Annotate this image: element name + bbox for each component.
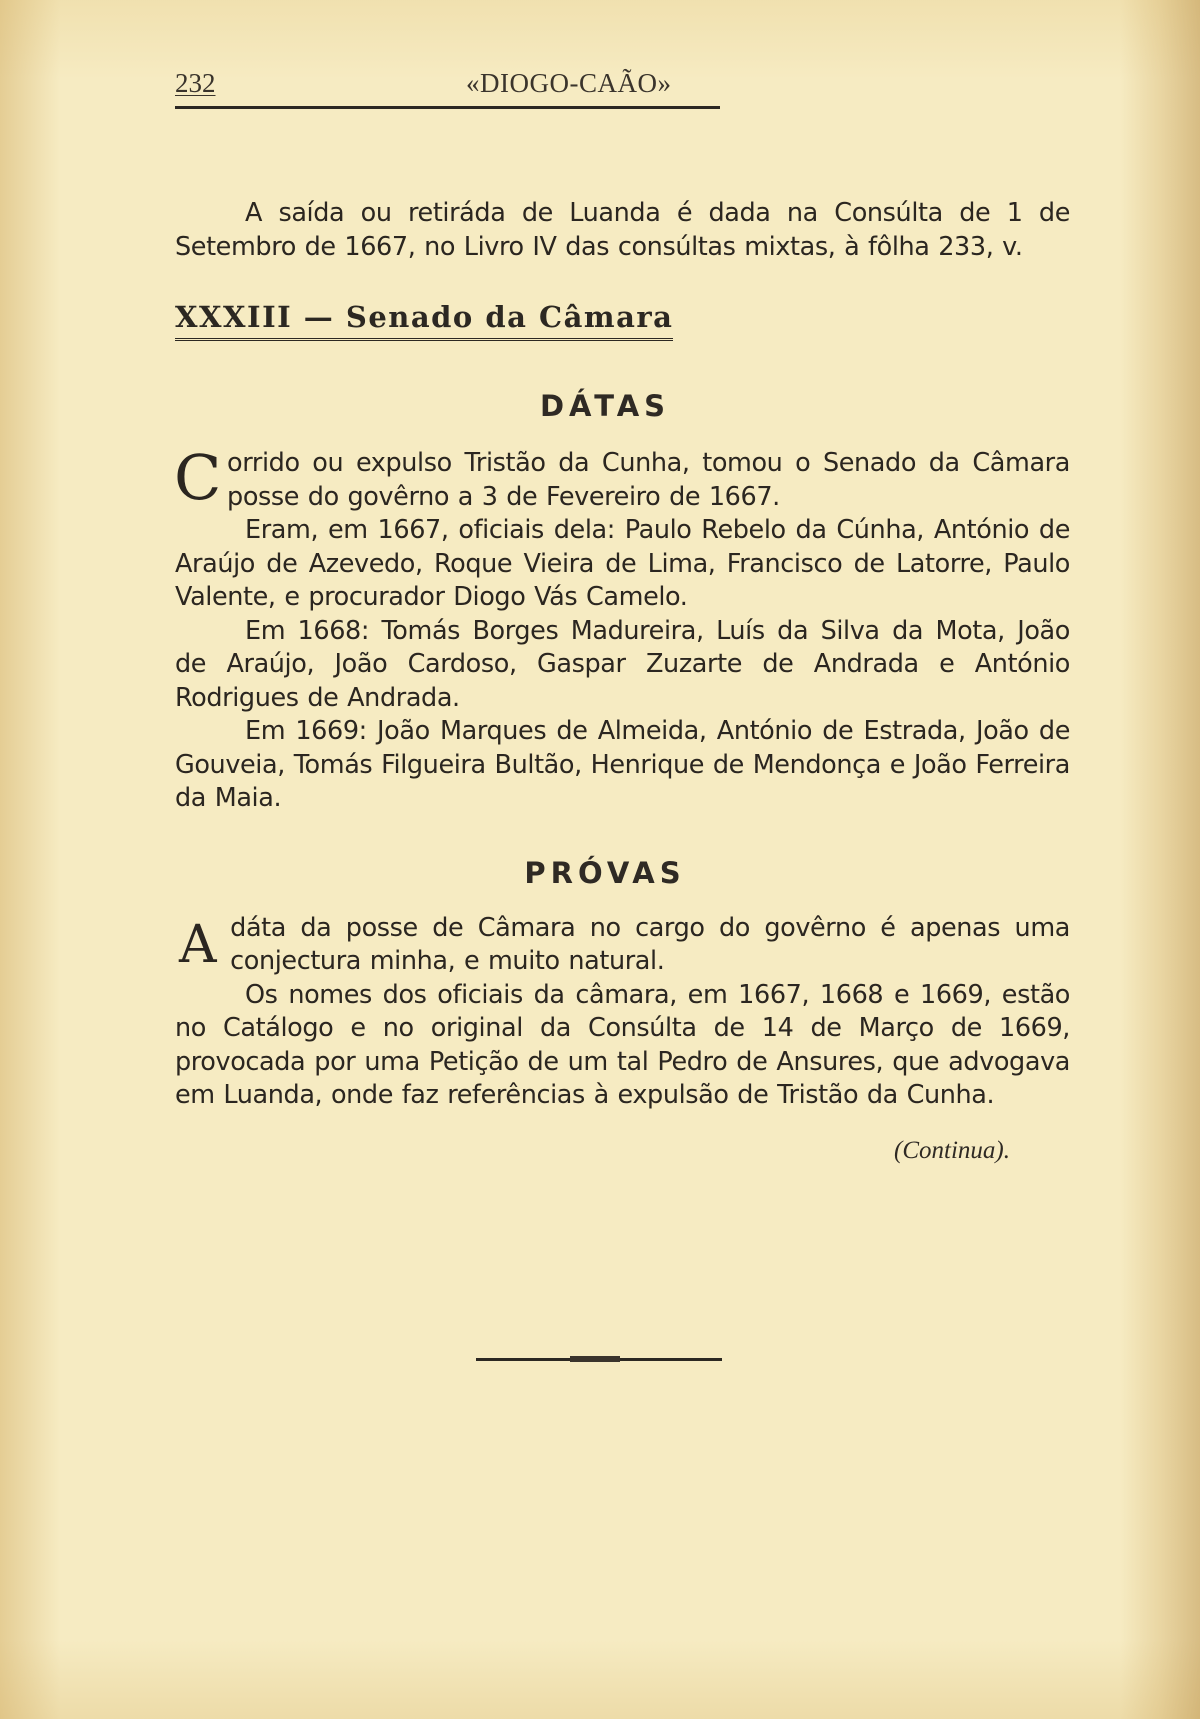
show-through-text	[180, 1400, 187, 1428]
intro-paragraph: A saída ou retiráda de Luanda é dada na …	[175, 197, 1070, 264]
section-heading: XXXIII — Senado da Câmara	[175, 300, 673, 341]
end-ornament-rule	[476, 1358, 722, 1361]
page-number: 232	[175, 68, 216, 99]
datas-paragraph-1: C orrido ou expulso Tristão da Cunha, to…	[175, 447, 1070, 514]
ornament-center-block	[570, 1356, 620, 1362]
provas-paragraph-2: Os nomes dos oficiais da câmara, em 1667…	[175, 979, 1070, 1113]
datas-paragraph-2: Eram, em 1667, oficiais dela: Paulo Rebe…	[175, 514, 1070, 615]
document-page: 232 «DIOGO-CAÃO» A saída ou retiráda de …	[175, 62, 1070, 1165]
datas-paragraph-3: Em 1668: Tomás Borges Madureira, Luís da…	[175, 615, 1070, 716]
drop-cap-a: A	[179, 916, 216, 974]
datas-paragraph-4: Em 1669: João Marques de Almeida, Antóni…	[175, 715, 1070, 816]
journal-title: «DIOGO-CAÃO»	[466, 68, 671, 99]
provas-paragraph-1: A dáta da posse de Câmara no cargo do go…	[175, 912, 1070, 979]
drop-cap-c: C	[174, 451, 221, 505]
provas-paragraph-1-text: dáta da posse de Câmara no cargo do govê…	[230, 913, 1070, 977]
datas-paragraph-1-text: orrido ou expulso Tristão da Cunha, tomo…	[227, 448, 1070, 512]
datas-heading: DÁTAS	[140, 389, 1070, 423]
provas-heading: PRÓVAS	[140, 856, 1070, 890]
running-header: 232 «DIOGO-CAÃO»	[175, 62, 720, 109]
continuation-note: (Continua).	[175, 1137, 1010, 1165]
